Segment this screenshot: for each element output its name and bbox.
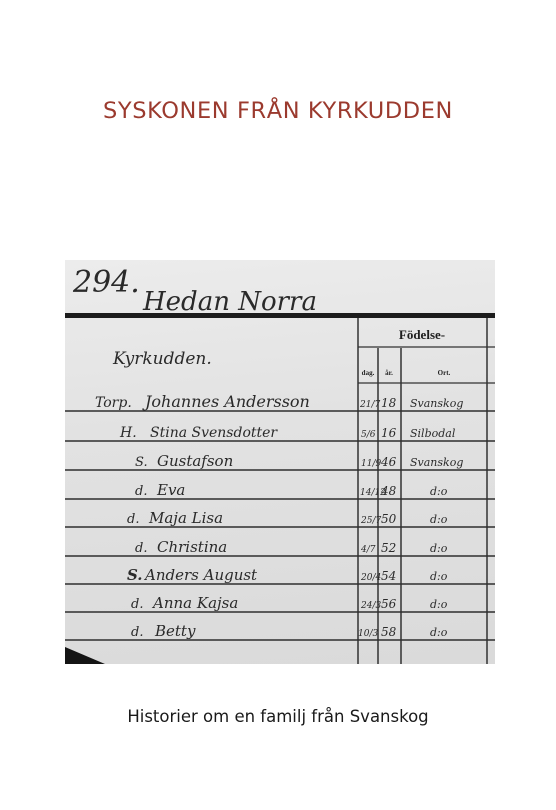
svg-text:H.: H. (119, 425, 137, 441)
svg-text:54: 54 (381, 569, 396, 583)
svg-text:Gustafson: Gustafson (157, 452, 233, 470)
svg-text:5/6: 5/6 (361, 430, 376, 440)
svg-text:d:o: d:o (430, 570, 448, 583)
svg-text:18: 18 (381, 396, 397, 410)
svg-text:Maja Lisa: Maja Lisa (148, 509, 223, 527)
svg-text:S.: S. (135, 455, 148, 470)
svg-text:d.: d. (135, 484, 147, 499)
svg-text:Johannes Andersson: Johannes Andersson (142, 392, 310, 411)
svg-text:d:o: d:o (430, 485, 448, 498)
svg-text:Anders August: Anders August (143, 566, 258, 584)
church-register-photo: 294. Hedan Norra Födelse- dag. år. Ort. … (65, 260, 495, 664)
register-row: S. Gustafson 11/9 46 Svanskog (135, 452, 463, 470)
svg-text:24/3: 24/3 (360, 601, 381, 611)
svg-text:d:o: d:o (430, 542, 448, 555)
svg-text:Silbodal: Silbodal (410, 427, 456, 440)
register-page-number: 294. (72, 265, 140, 300)
svg-text:Betty: Betty (154, 622, 196, 640)
svg-text:Stina Svensdotter: Stina Svensdotter (150, 425, 278, 441)
svg-text:Eva: Eva (156, 481, 185, 499)
svg-text:S.: S. (127, 566, 143, 584)
svg-text:11/9: 11/9 (361, 459, 381, 469)
svg-text:20/4: 20/4 (360, 573, 381, 583)
svg-text:25/7: 25/7 (360, 516, 381, 526)
column-header-place: Ort. (438, 369, 451, 377)
svg-text:d:o: d:o (430, 513, 448, 526)
register-farm-name: Hedan Norra (142, 287, 317, 317)
svg-text:Svanskog: Svanskog (410, 397, 463, 410)
register-row: H. Stina Svensdotter 5/6 16 Silbodal (119, 425, 456, 441)
register-row: d. Betty 10/3 58 d:o (131, 622, 448, 640)
column-header-year: år. (385, 369, 393, 377)
svg-text:d.: d. (131, 625, 143, 640)
svg-text:21/7: 21/7 (359, 400, 380, 410)
register-page-graphic: 294. Hedan Norra Födelse- dag. år. Ort. … (65, 260, 495, 664)
svg-text:d.: d. (127, 512, 139, 527)
svg-text:Svanskog: Svanskog (410, 456, 463, 469)
svg-text:Torp.: Torp. (95, 395, 132, 411)
register-row: d. Maja Lisa 25/7 50 d:o (127, 509, 448, 527)
book-subtitle: Historier om en familj från Svanskog (0, 707, 556, 726)
register-row: d. Anna Kajsa 24/3 56 d:o (131, 594, 448, 612)
svg-text:16: 16 (381, 426, 397, 440)
svg-text:46: 46 (380, 455, 397, 469)
svg-text:d:o: d:o (430, 598, 448, 611)
svg-text:d:o: d:o (430, 626, 448, 639)
column-group-header: Födelse- (399, 327, 445, 342)
svg-text:d.: d. (131, 597, 143, 612)
svg-text:56: 56 (381, 597, 397, 611)
svg-text:10/3: 10/3 (358, 629, 378, 639)
svg-text:4/7: 4/7 (360, 545, 376, 555)
register-place-heading: Kyrkudden. (112, 349, 212, 369)
svg-text:d.: d. (135, 541, 147, 556)
book-title: SYSKONEN FRÅN KYRKUDDEN (0, 98, 556, 124)
svg-text:50: 50 (381, 512, 397, 526)
register-row: Torp. Johannes Andersson 21/7 18 Svansko… (95, 392, 463, 411)
svg-text:Christina: Christina (157, 538, 227, 556)
svg-text:48: 48 (380, 484, 397, 498)
column-header-day: dag. (362, 369, 375, 377)
register-row: S. Anders August 20/4 54 d:o (127, 566, 448, 584)
svg-text:52: 52 (381, 541, 396, 555)
svg-text:Anna Kajsa: Anna Kajsa (151, 594, 238, 612)
svg-text:58: 58 (381, 625, 397, 639)
